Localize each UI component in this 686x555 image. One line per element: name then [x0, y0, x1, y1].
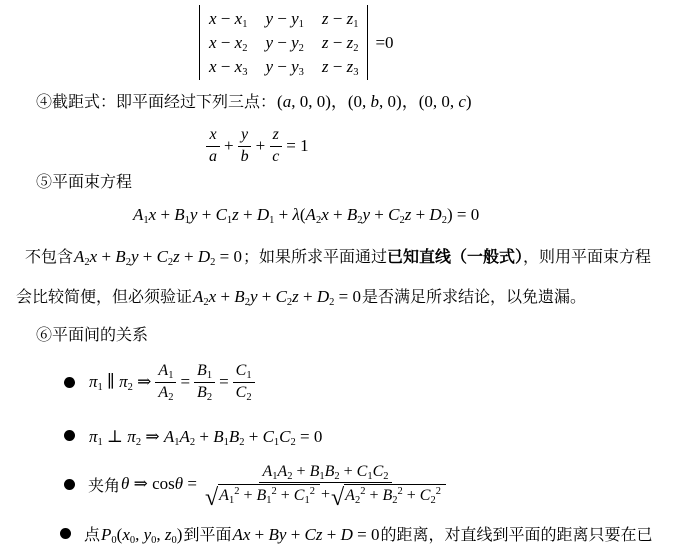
math-var: A — [193, 287, 203, 306]
math-var: y — [265, 57, 273, 76]
math-var: y — [265, 33, 273, 52]
math-run: C2 — [236, 384, 252, 402]
subscript: 2 — [168, 392, 173, 403]
math-var: A — [158, 362, 168, 379]
plain-text: 夹角 — [88, 473, 120, 496]
determinant-cell: y − y1 — [265, 10, 303, 27]
subscript: 2 — [329, 297, 334, 308]
math-var: A — [262, 463, 272, 480]
determinant-cell: x − x2 — [209, 34, 247, 51]
plain-text: 是否满足所求结论，以免遗漏。 — [362, 289, 586, 306]
math-var: B — [325, 463, 335, 480]
math-var: y — [291, 33, 299, 52]
math-var: C — [276, 287, 287, 306]
math-var: C — [420, 487, 431, 504]
numerator: x — [206, 126, 219, 146]
math-var: D — [317, 287, 329, 306]
determinant-cell: x − x3 — [209, 58, 247, 75]
subscript: 1 — [98, 437, 103, 448]
math-var: B — [256, 487, 266, 504]
bullet-icon — [60, 528, 71, 539]
subscript: 2 — [383, 471, 388, 482]
math-var: θ — [175, 474, 183, 493]
math-var: C — [157, 247, 168, 266]
math-var: B — [229, 427, 239, 446]
math-run: A2x + B2y + C2z + D2 = 0 — [193, 287, 361, 306]
math-run: + — [321, 486, 330, 504]
item5-heading: ⑤平面束方程 — [36, 172, 132, 193]
math-var: π — [89, 427, 98, 446]
bullet-icon — [64, 430, 75, 441]
square-root: √A12 + B12 + C12 — [205, 484, 320, 505]
math-var: z — [292, 287, 299, 306]
math-var: z — [273, 126, 279, 143]
subscript: 1 — [168, 370, 173, 381]
math-run: (a, 0, 0)，(0, b, 0)，(0, 0, c) — [277, 92, 472, 111]
math-var: y — [190, 205, 198, 224]
radicand: A22 + B22 + C22 — [344, 484, 446, 505]
subscript: 1 — [246, 370, 251, 381]
math-run: A2 — [158, 384, 173, 402]
math-var: c — [458, 92, 466, 111]
math-var: C — [279, 427, 290, 446]
math-run: x — [209, 126, 216, 144]
math-var: z — [322, 9, 329, 28]
subscript: 1 — [269, 215, 274, 226]
superscript: 2 — [436, 486, 441, 497]
math-var: A — [219, 487, 229, 504]
math-run: B1 — [197, 362, 212, 380]
subscript: 0 — [151, 535, 156, 546]
math-run: = — [219, 372, 229, 392]
plain-text: ，则用平面束方程 — [523, 249, 651, 266]
math-run: Ax + By + Cz + D = 0 — [232, 525, 379, 544]
math-var: x — [149, 205, 157, 224]
math-run: c — [272, 148, 279, 166]
math-var: C — [305, 525, 316, 544]
math-var: y — [291, 57, 299, 76]
math-var: x — [321, 205, 329, 224]
subscript: 2 — [210, 257, 215, 268]
math-var: λ — [293, 205, 300, 224]
math-run: A1 — [158, 362, 173, 380]
radical-sign: √ — [331, 488, 344, 508]
item4-heading: ④截距式：即平面经过下列三点：(a, 0, 0)，(0, b, 0)，(0, 0… — [36, 91, 473, 113]
subscript: 1 — [207, 370, 212, 381]
parallel-condition-formula: π1 ∥ π2 ⇒ A1A2 = B1B2 = C1C2 — [88, 362, 258, 402]
math-var: x — [209, 126, 216, 143]
denominator: √A12 + B12 + C12 + √A22 + B22 + C22 — [201, 483, 450, 505]
subscript: 0 — [130, 535, 135, 546]
math-var: C — [263, 427, 274, 446]
plain-text: 不包含 — [25, 249, 73, 266]
notes-page: x − x1y − y1z − z1x − x2y − y2z − z2x − … — [0, 0, 686, 555]
denominator: B2 — [194, 383, 215, 402]
math-var: a — [283, 92, 292, 111]
subscript: 0 — [111, 535, 116, 546]
determinant-cell: y − y2 — [265, 34, 303, 51]
math-var: A — [306, 205, 316, 224]
angle-formula: 夹角θ ⇒ cosθ = A1A2 + B1B2 + C1C2√A12 + B1… — [88, 463, 453, 505]
numerator: y — [238, 126, 251, 146]
determinant-cell: z − z3 — [322, 58, 359, 75]
math-var: C — [357, 463, 368, 480]
fraction: A1A2 + B1B2 + C1C2√A12 + B12 + C12 + √A2… — [201, 463, 450, 505]
perpendicular-condition-formula: π1 ⊥ π2 ⇒ A1A2 + B1B2 + C1C2 = 0 — [88, 429, 323, 446]
subscript: 2 — [190, 437, 195, 448]
subscript: 2 — [299, 43, 304, 54]
math-var: D — [257, 205, 269, 224]
math-run: + — [224, 136, 234, 156]
numerator: z — [270, 126, 282, 146]
math-var: A — [133, 205, 143, 224]
math-run: B2 — [197, 384, 212, 402]
determinant-cell: z − z1 — [322, 10, 359, 27]
math-var: π — [89, 372, 98, 391]
numerator: A1 — [155, 362, 176, 382]
determinant-cell: y − y3 — [265, 58, 303, 75]
math-var: x — [209, 287, 217, 306]
fraction: C1C2 — [233, 362, 255, 402]
math-var: x — [90, 247, 98, 266]
subscript: 2 — [291, 437, 296, 448]
subscript: 2 — [242, 43, 247, 54]
subscript: 2 — [128, 382, 133, 393]
numerator: C1 — [233, 362, 255, 382]
math-var: z — [322, 33, 329, 52]
superscript: 2 — [310, 486, 315, 497]
math-var: C — [294, 487, 305, 504]
math-var: y — [131, 247, 139, 266]
superscript: 2 — [360, 486, 365, 497]
denominator: A2 — [155, 383, 176, 402]
subscript: 2 — [353, 43, 358, 54]
radicand: A12 + B12 + C12 — [218, 484, 320, 505]
subscript: 2 — [287, 471, 292, 482]
determinant-cell: x − x1 — [209, 10, 247, 27]
plain-text: ⑤平面束方程 — [36, 174, 132, 191]
paragraph-line-2: 会比较简便，但必须验证A2x + B2y + C2z + D2 = 0是否满足所… — [16, 286, 586, 308]
square-root: √A22 + B22 + C22 — [331, 484, 446, 505]
math-var: B — [197, 362, 207, 379]
math-var: C — [388, 205, 399, 224]
plain-text: 的距离，对直线到平面的距离只要在已 — [380, 527, 652, 544]
intercept-equation: xa + yb + zc = 1 — [203, 125, 310, 167]
math-var: B — [347, 205, 357, 224]
item6-heading: ⑥平面间的关系 — [36, 325, 148, 346]
determinant-cell: z − z2 — [322, 34, 359, 51]
subscript: 2 — [442, 215, 447, 226]
math-run: a — [209, 148, 217, 166]
math-var: A — [158, 384, 168, 401]
superscript: 2 — [398, 486, 403, 497]
plain-text: ⑥平面间的关系 — [36, 327, 148, 344]
math-var: P — [101, 525, 111, 544]
relation-bullet-distance: 点P0(x0, y0, z0)到平面Ax + By + Cz + D = 0的距… — [60, 524, 653, 546]
math-var: z — [165, 525, 172, 544]
math-var: B — [234, 287, 244, 306]
math-var: y — [265, 9, 273, 28]
math-var: y — [241, 126, 248, 143]
math-var: B — [382, 487, 392, 504]
math-run: π1 ∥ π2 ⇒ — [89, 372, 151, 392]
subscript: 1 — [353, 19, 358, 30]
math-var: z — [405, 205, 412, 224]
math-run: θ ⇒ cosθ = — [121, 474, 197, 494]
math-var: C — [373, 463, 384, 480]
subscript: 3 — [242, 67, 247, 78]
numerator: A1A2 + B1B2 + C1C2 — [259, 463, 391, 483]
math-var: y — [279, 525, 287, 544]
plain-text: ；如果所求平面通过 — [243, 249, 387, 266]
denominator: a — [206, 147, 220, 166]
fraction: B1B2 — [194, 362, 215, 402]
fraction: yb — [238, 126, 252, 166]
math-var: θ — [121, 474, 129, 493]
math-var: z — [316, 525, 323, 544]
math-var: B — [310, 463, 320, 480]
subscript: 2 — [246, 392, 251, 403]
math-var: x — [209, 57, 217, 76]
math-var: D — [198, 247, 210, 266]
math-var: y — [291, 9, 299, 28]
subscript: 1 — [242, 19, 247, 30]
math-run: C1 — [236, 362, 252, 380]
math-var: x — [243, 525, 251, 544]
subscript: 2 — [136, 437, 141, 448]
function-name: cos — [152, 474, 175, 493]
math-run: π1 ⊥ π2 ⇒ A1A2 + B1B2 + C1C2 = 0 — [89, 427, 322, 446]
subscript: 1 — [299, 19, 304, 30]
math-var: A — [345, 487, 355, 504]
denominator: C2 — [233, 383, 255, 402]
math-var: π — [127, 427, 136, 446]
denominator: c — [269, 147, 282, 166]
denominator: b — [238, 147, 252, 166]
math-var: C — [236, 362, 247, 379]
bullet-icon — [64, 377, 75, 388]
subscript: 0 — [172, 535, 177, 546]
relation-bullet-angle: 夹角θ ⇒ cosθ = A1A2 + B1B2 + C1C2√A12 + B1… — [64, 457, 453, 511]
plain-text: 到平面 — [183, 527, 231, 544]
determinant-matrix: x − x1y − y1z − z1x − x2y − y2z − z2x − … — [199, 5, 368, 80]
math-var: B — [269, 525, 279, 544]
subscript: 2 — [207, 392, 212, 403]
math-run: = 1 — [286, 136, 308, 156]
math-var: A — [74, 247, 84, 266]
math-var: D — [341, 525, 353, 544]
subscript: 2 — [334, 471, 339, 482]
bullet-icon — [64, 479, 75, 490]
math-var: z — [232, 205, 239, 224]
numerator: B1 — [194, 362, 215, 382]
superscript: 2 — [272, 486, 277, 497]
plain-text: ④截距式：即平面经过下列三点： — [36, 94, 276, 111]
superscript: 2 — [234, 486, 239, 497]
subscript: 2 — [239, 437, 244, 448]
math-run: A1x + B1y + C1z + D1 + λ(A2x + B2y + C2z… — [133, 205, 479, 224]
math-var: b — [241, 148, 249, 165]
math-var: B — [213, 427, 223, 446]
math-run: y — [241, 126, 248, 144]
math-var: B — [174, 205, 184, 224]
math-var: b — [371, 92, 380, 111]
math-var: B — [115, 247, 125, 266]
math-var: C — [236, 384, 247, 401]
math-run: A2x + B2y + C2z + D2 = 0 — [74, 247, 242, 266]
math-var: z — [173, 247, 180, 266]
math-var: y — [362, 205, 370, 224]
math-var: π — [119, 372, 128, 391]
fraction: xa — [206, 126, 220, 166]
distance-statement: 点P0(x0, y0, z0)到平面Ax + By + Cz + D = 0的距… — [84, 527, 653, 544]
math-run: b — [241, 148, 249, 166]
math-var: A — [232, 525, 242, 544]
subscript: 3 — [353, 67, 358, 78]
math-var: A — [164, 427, 174, 446]
paragraph-line-1: 不包含A2x + B2y + C2z + D2 = 0；如果所求平面通过已知直线… — [25, 246, 651, 268]
math-var: z — [322, 57, 329, 76]
three-point-determinant-block: x − x1y − y1z − z1x − x2y − y2z − z2x − … — [199, 5, 394, 80]
math-var: D — [429, 205, 441, 224]
math-var: x — [122, 525, 130, 544]
math-run: = — [180, 372, 190, 392]
math-var: C — [216, 205, 227, 224]
plain-text: 点 — [84, 527, 100, 544]
math-var: a — [209, 148, 217, 165]
plane-bundle-equation: A1x + B1y + C1z + D1 + λ(A2x + B2y + C2z… — [132, 204, 480, 226]
fraction: A1A2 — [155, 362, 176, 402]
math-var: c — [272, 148, 279, 165]
bold-text: 已知直线（一般式） — [387, 249, 523, 266]
determinant-rhs: =0 — [375, 33, 393, 53]
relation-bullet-perpendicular: π1 ⊥ π2 ⇒ A1A2 + B1B2 + C1C2 = 0 — [64, 426, 323, 448]
math-var: A — [278, 463, 288, 480]
math-var: A — [179, 427, 189, 446]
subscript: 3 — [299, 67, 304, 78]
math-var: x — [209, 9, 217, 28]
relation-bullet-parallel: π1 ∥ π2 ⇒ A1A2 = B1B2 = C1C2 — [64, 357, 258, 407]
radical-sign: √ — [205, 488, 218, 508]
math-run: P0(x0, y0, z0) — [101, 525, 182, 544]
math-run: + — [256, 136, 266, 156]
fraction: zc — [269, 126, 282, 166]
math-run: z — [273, 126, 279, 144]
math-var: y — [250, 287, 258, 306]
math-run: A1A2 + B1B2 + C1C2 — [262, 463, 388, 481]
math-var: x — [209, 33, 217, 52]
math-var: B — [197, 384, 207, 401]
plain-text: 会比较简便，但必须验证 — [16, 289, 192, 306]
subscript: 1 — [98, 382, 103, 393]
